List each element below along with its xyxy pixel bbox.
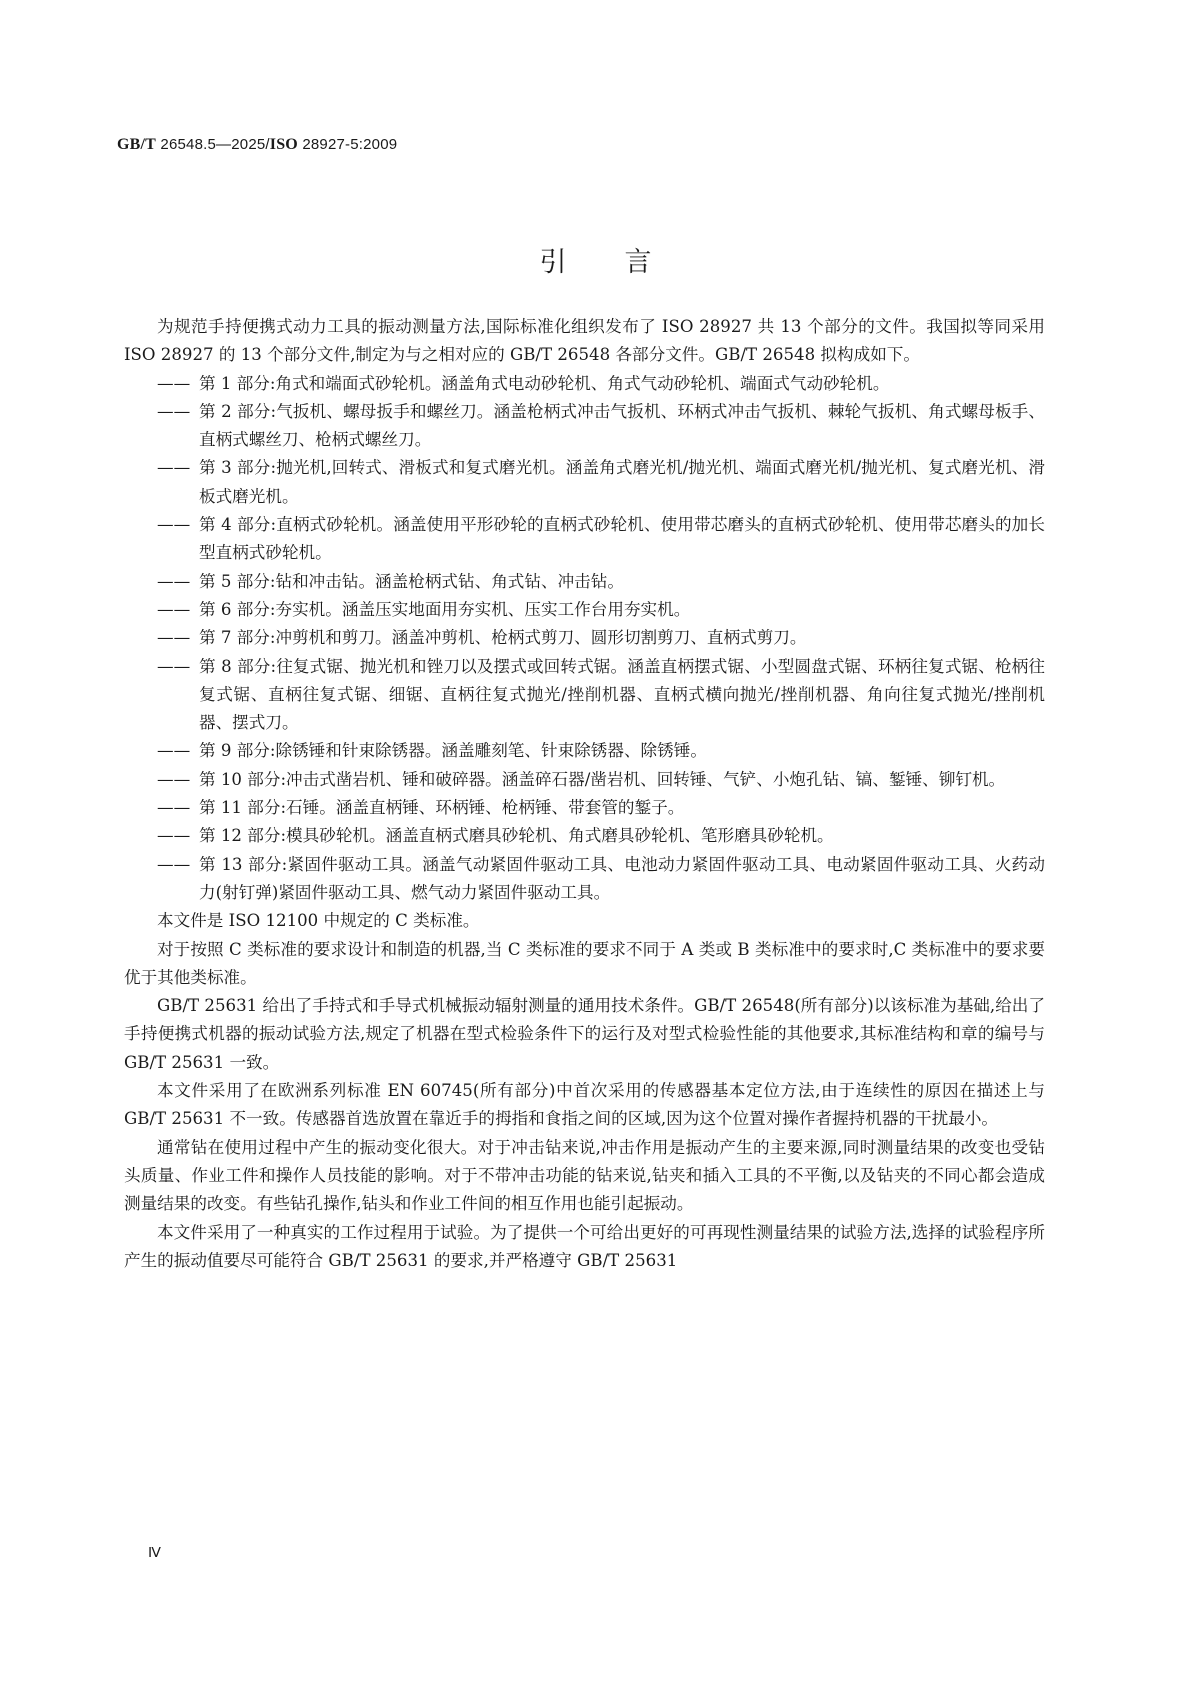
list-item: ——第 1 部分:角式和端面式砂轮机。涵盖角式电动砂轮机、角式气动砂轮机、端面式… xyxy=(157,370,1045,398)
paragraph-c-priority: 对于按照 C 类标准的要求设计和制造的机器,当 C 类标准的要求不同于 A 类或… xyxy=(124,936,1045,993)
dash-marker: —— xyxy=(157,454,190,482)
header-number: 26548.5—2025/ xyxy=(156,136,270,153)
paragraph-sensor: 本文件采用了在欧洲系列标准 EN 60745(所有部分)中首次采用的传感器基本定… xyxy=(124,1077,1045,1134)
list-item: ——第 5 部分:钻和冲击钻。涵盖枪柄式钻、角式钻、冲击钻。 xyxy=(157,568,1045,596)
list-item: ——第 8 部分:往复式锯、抛光机和锉刀以及摆式或回转式锯。涵盖直柄摆式锯、小型… xyxy=(157,653,1045,738)
paragraph-c-type: 本文件是 ISO 12100 中规定的 C 类标准。 xyxy=(157,907,1045,935)
dash-marker: —— xyxy=(157,822,190,850)
dash-marker: —— xyxy=(157,851,190,879)
dash-marker: —— xyxy=(157,568,190,596)
document-header: GB/T 26548.5—2025/ISO 28927-5:2009 xyxy=(117,136,397,154)
dash-marker: —— xyxy=(157,370,190,398)
page-title: 引言 xyxy=(0,240,1191,279)
page-number: Ⅳ xyxy=(148,1545,161,1562)
list-item: ——第 9 部分:除锈锤和针束除锈器。涵盖雕刻笔、针束除锈器、除锈锤。 xyxy=(157,737,1045,765)
dash-marker: —— xyxy=(157,653,190,681)
paragraph-drill: 通常钻在使用过程中产生的振动变化很大。对于冲击钻来说,冲击作用是振动产生的主要来… xyxy=(124,1134,1045,1219)
list-item: ——第 6 部分:夯实机。涵盖压实地面用夯实机、压实工作台用夯实机。 xyxy=(157,596,1045,624)
header-iso-number: 28927-5:2009 xyxy=(298,136,397,153)
header-iso: ISO xyxy=(270,136,298,153)
list-item: ——第 11 部分:石锤。涵盖直柄锤、环柄锤、枪柄锤、带套管的錾子。 xyxy=(157,794,1045,822)
list-item: ——第 4 部分:直柄式砂轮机。涵盖使用平形砂轮的直柄式砂轮机、使用带芯磨头的直… xyxy=(157,511,1045,568)
dash-marker: —— xyxy=(157,596,190,624)
list-item: ——第 13 部分:紧固件驱动工具。涵盖气动紧固件驱动工具、电池动力紧固件驱动工… xyxy=(157,851,1045,908)
list-item: ——第 7 部分:冲剪机和剪刀。涵盖冲剪机、枪柄式剪刀、圆形切割剪刀、直柄式剪刀… xyxy=(157,624,1045,652)
list-item: ——第 10 部分:冲击式凿岩机、锤和破碎器。涵盖碎石器/凿岩机、回转锤、气铲、… xyxy=(157,766,1045,794)
dash-marker: —— xyxy=(157,766,190,794)
intro-paragraph: 为规范手持便携式动力工具的振动测量方法,国际标准化组织发布了 ISO 28927… xyxy=(124,313,1045,370)
list-item: ——第 12 部分:模具砂轮机。涵盖直柄式磨具砂轮机、角式磨具砂轮机、笔形磨具砂… xyxy=(157,822,1045,850)
document-body: 为规范手持便携式动力工具的振动测量方法,国际标准化组织发布了 ISO 28927… xyxy=(157,313,1045,1275)
list-item: ——第 2 部分:气扳机、螺母扳手和螺丝刀。涵盖枪柄式冲击气扳机、环柄式冲击气扳… xyxy=(157,398,1045,455)
parts-list: ——第 1 部分:角式和端面式砂轮机。涵盖角式电动砂轮机、角式气动砂轮机、端面式… xyxy=(157,370,1045,908)
dash-marker: —— xyxy=(157,794,190,822)
dash-marker: —— xyxy=(157,737,190,765)
paragraph-test-method: 本文件采用了一种真实的工作过程用于试验。为了提供一个可给出更好的可再现性测量结果… xyxy=(124,1219,1045,1276)
header-gbt: GB/T xyxy=(117,136,156,153)
dash-marker: —— xyxy=(157,624,190,652)
list-item: ——第 3 部分:抛光机,回转式、滑板式和复式磨光机。涵盖角式磨光机/抛光机、端… xyxy=(157,454,1045,511)
paragraph-gbt25631: GB/T 25631 给出了手持式和手导式机械振动辐射测量的通用技术条件。GB/… xyxy=(124,992,1045,1077)
dash-marker: —— xyxy=(157,398,190,426)
dash-marker: —— xyxy=(157,511,190,539)
